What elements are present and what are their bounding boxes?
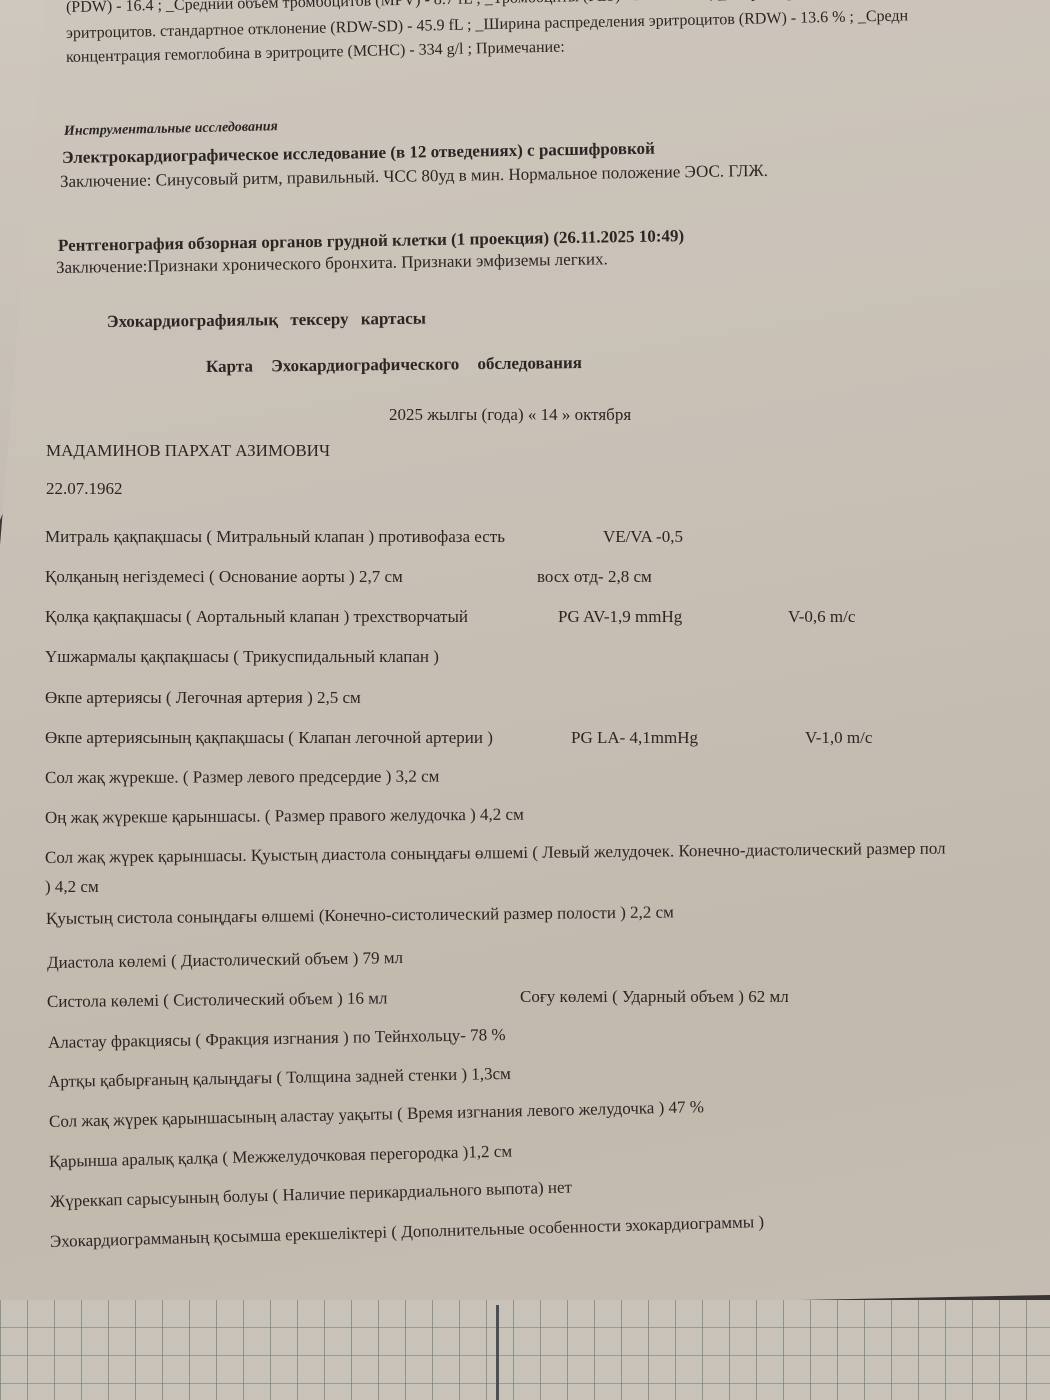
patient-birth-date: 22.07.1962 <box>46 479 123 499</box>
echo-row-label: Оң жақ жүрекше қарыншасы. ( Размер право… <box>45 805 524 829</box>
echo-row-value: PG LA- 4,1mmHg <box>571 728 698 748</box>
echo-row-label: Өкпе артериясының қақпақшасы ( Клапан ле… <box>45 728 493 748</box>
grid-notebook <box>0 1300 1050 1400</box>
echo-row-label: Систола көлемі ( Систолический объем ) 1… <box>47 988 388 1012</box>
notebook-spine <box>496 1305 499 1400</box>
echo-row-value: VE/VA -0,5 <box>603 527 683 547</box>
echo-row-label: ) 4,2 см <box>45 877 99 897</box>
echo-row-label: Митраль қақпақшасы ( Митральный клапан )… <box>45 527 505 547</box>
echo-row-label: Өкпе артериясы ( Легочная артерия ) 2,5 … <box>45 688 361 708</box>
echo-row-velocity: V-1,0 m/c <box>805 728 872 748</box>
exam-date: 2025 жылгы (года) « 14 » октября <box>389 405 631 425</box>
echo-row-label: Қолқаның негіздемесі ( Основание аорты )… <box>45 567 403 587</box>
echo-row-label: Сол жақ жүрекше. ( Размер левого предсер… <box>45 767 439 789</box>
document-sheet <box>0 0 1050 1345</box>
patient-name: МАДАМИНОВ ПАРХАТ АЗИМОВИЧ <box>46 441 330 461</box>
echo-row-value: восх отд- 2,8 см <box>537 567 652 587</box>
echo-row-value: PG AV-1,9 mmHg <box>558 607 682 627</box>
echo-title-kz: Эхокардиографиялық тексеру картасы <box>107 309 426 333</box>
echo-row-velocity: V-0,6 m/c <box>788 607 855 627</box>
echo-title-ru: Карта Эхокардиографического обследования <box>206 353 582 377</box>
echo-row-value: Соғу көлемі ( Ударный объем ) 62 мл <box>520 987 789 1007</box>
echo-row-label: Үшжармалы қақпақшасы ( Трикуспидальный к… <box>45 647 439 667</box>
echo-row-label: Қолқа қақпақшасы ( Аортальный клапан ) т… <box>45 607 468 627</box>
